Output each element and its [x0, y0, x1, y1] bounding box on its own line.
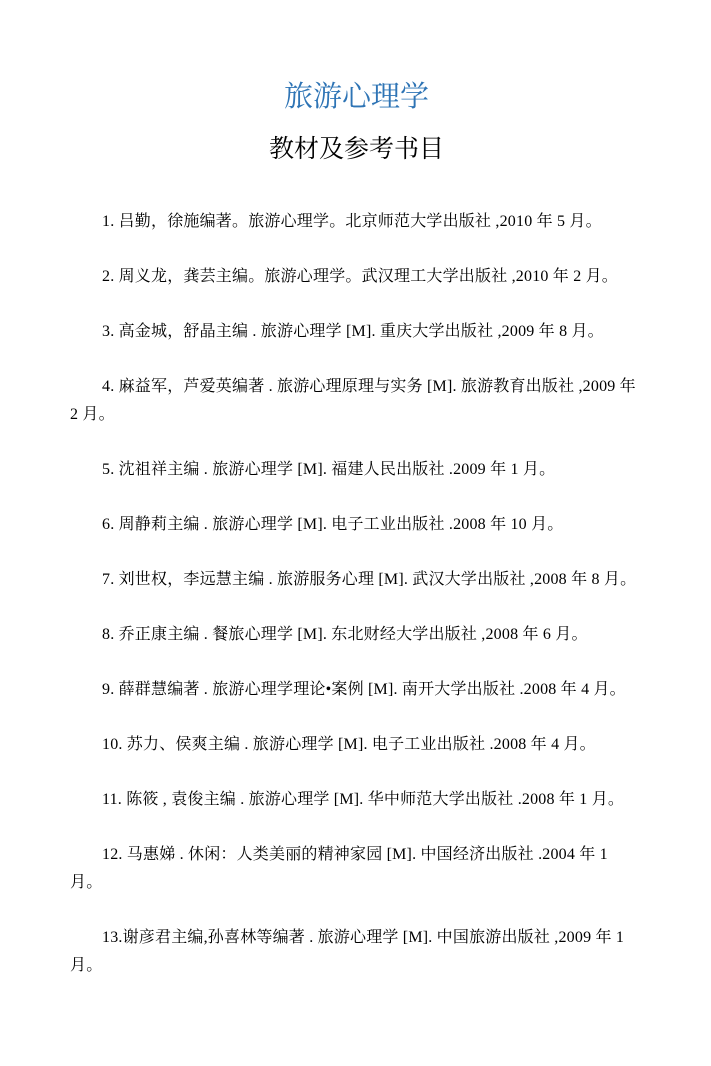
document-content: 旅游心理学 教材及参考书目 1. 吕勤，徐施编著。旅游心理学。北京师范大学出版社…	[0, 78, 711, 980]
reference-list: 1. 吕勤，徐施编著。旅游心理学。北京师范大学出版社 ,2010 年 5 月。 …	[70, 208, 643, 980]
reference-item: 3. 高金城，舒晶主编 . 旅游心理学 [M]. 重庆大学出版社 ,2009 年…	[70, 318, 643, 346]
reference-item: 5. 沈祖祥主编 . 旅游心理学 [M]. 福建人民出版社 .2009 年 1 …	[70, 456, 643, 484]
reference-item: 12. 马惠娣 . 休闲：人类美丽的精神家园 [M]. 中国经济出版社 .200…	[70, 841, 643, 897]
reference-item: 9. 薛群慧编著 . 旅游心理学理论•案例 [M]. 南开大学出版社 .2008…	[70, 676, 643, 704]
reference-item: 7. 刘世权，李远慧主编 . 旅游服务心理 [M]. 武汉大学出版社 ,2008…	[70, 566, 643, 594]
document-page: 旅游心理学 教材及参考书目 1. 吕勤，徐施编著。旅游心理学。北京师范大学出版社…	[0, 0, 711, 1066]
reference-item: 2. 周义龙，龚芸主编。旅游心理学。武汉理工大学出版社 ,2010 年 2 月。	[70, 263, 643, 291]
reference-item: 4. 麻益军，芦爱英编著 . 旅游心理原理与实务 [M]. 旅游教育出版社 ,2…	[70, 373, 643, 429]
reference-item: 8. 乔正康主编 . 餐旅心理学 [M]. 东北财经大学出版社 ,2008 年 …	[70, 621, 643, 649]
reference-item: 6. 周静莉主编 . 旅游心理学 [M]. 电子工业出版社 .2008 年 10…	[70, 511, 643, 539]
reference-item: 13.谢彦君主编,孙喜林等编著 . 旅游心理学 [M]. 中国旅游出版社 ,20…	[70, 924, 643, 980]
reference-item: 1. 吕勤，徐施编著。旅游心理学。北京师范大学出版社 ,2010 年 5 月。	[70, 208, 643, 236]
page-subtitle: 教材及参考书目	[70, 132, 643, 166]
reference-item: 10. 苏力、侯爽主编 . 旅游心理学 [M]. 电子工业出版社 .2008 年…	[70, 731, 643, 759]
page-title: 旅游心理学	[70, 78, 643, 116]
reference-item: 11. 陈筱 , 袁俊主编 . 旅游心理学 [M]. 华中师范大学出版社 .20…	[70, 786, 643, 814]
